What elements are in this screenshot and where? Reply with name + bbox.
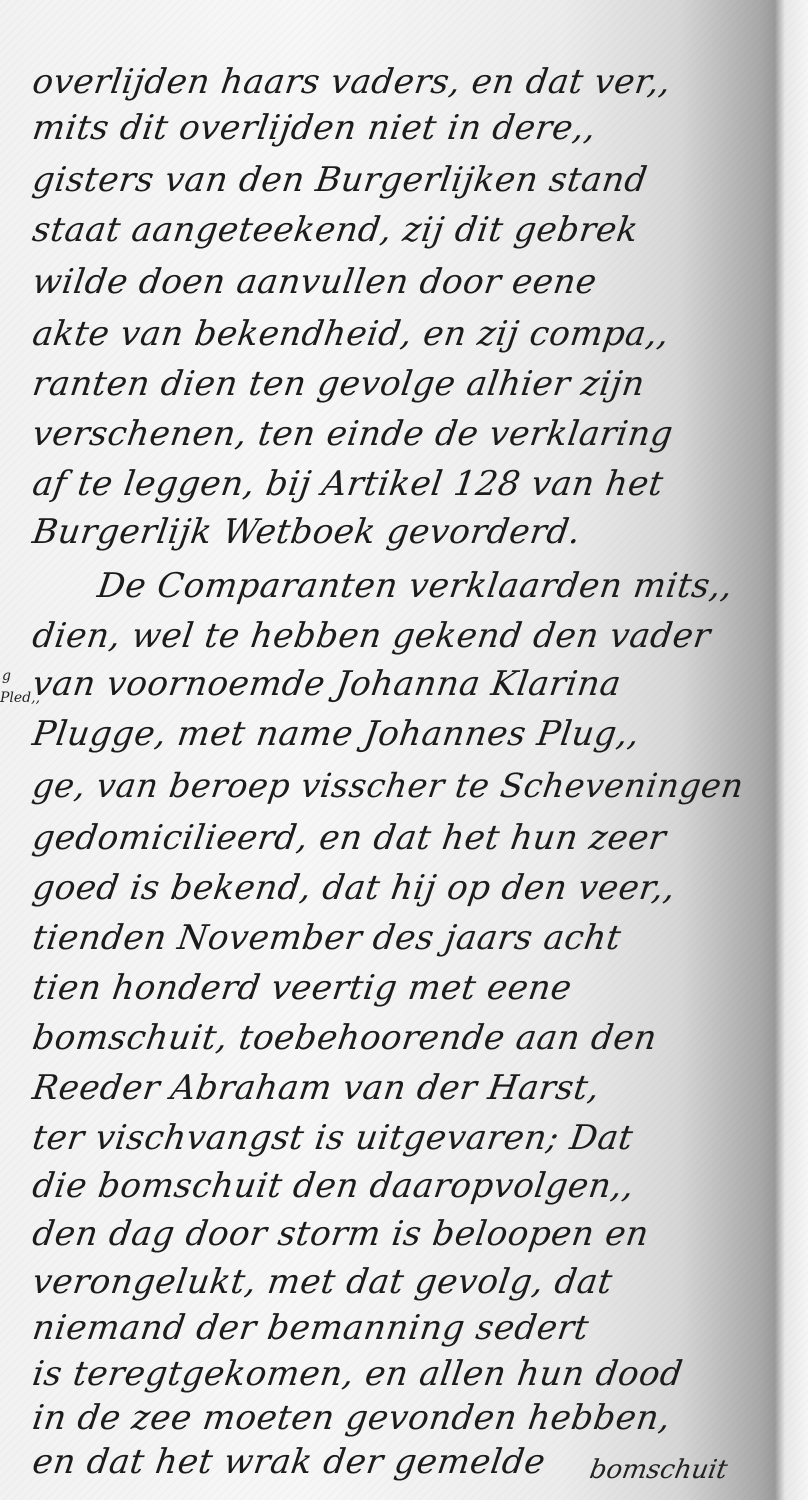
document-page: g Pled,, overlijden haars vaders, en dat… [0, 0, 808, 1500]
margin-note-1: g [2, 668, 11, 684]
text-line-10: Burgerlijk Wetboek gevorderd. [30, 512, 583, 552]
text-line-16: gedomicilieerd, en dat het hun zeer [30, 818, 669, 858]
text-line-17: goed is bekend, dat hij op den veer,, [30, 868, 678, 908]
text-line-15: ge, van beroep visscher te Scheveningen [30, 766, 746, 805]
text-line-23: die bomschuit den daaropvolgen,, [30, 1166, 637, 1206]
text-line-1: overlijden haars vaders, en dat ver,, [30, 62, 673, 102]
text-line-9: af te leggen, bij Artikel 128 van het [30, 464, 666, 504]
text-line-13: van voornoemde Johanna Klarina [30, 664, 624, 704]
text-line-29: en dat het wrak der gemelde [30, 1442, 548, 1482]
text-line-2: mits dit overlijden niet in dere,, [30, 108, 599, 148]
text-line-26: niemand der bemanning sedert [30, 1308, 591, 1348]
text-line-25: verongelukt, met dat gevolg, dat [30, 1262, 615, 1302]
text-line-22: ter vischvangst is uitgevaren; Dat [30, 1118, 636, 1158]
text-line-7: ranten dien ten gevolge alhier zijn [30, 364, 647, 404]
text-line-27: is teregtgekomen, en allen hun dood [30, 1354, 685, 1394]
text-line-28: in de zee moeten gevonden hebben, [30, 1398, 673, 1438]
catchword: bomschuit [587, 1455, 729, 1485]
text-line-12: dien, wel te hebben gekend den vader [30, 616, 713, 656]
text-line-6: akte van bekendheid, en zij compa,, [30, 314, 672, 354]
text-line-14: Plugge, met name Johannes Plug,, [30, 714, 642, 754]
text-line-18: tienden November des jaars acht [30, 918, 624, 958]
text-line-4: staat aangeteekend, zij dit gebrek [30, 210, 641, 250]
text-line-24: den dag door storm is beloopen en [30, 1214, 651, 1254]
text-line-20: bomschuit, toebehoorende aan den [30, 1018, 660, 1058]
text-line-5: wilde doen aanvullen door eene [30, 262, 599, 302]
text-line-8: verschenen, ten einde de verklaring [30, 414, 676, 454]
text-line-21: Reeder Abraham van der Harst, [30, 1068, 602, 1108]
text-line-3: gisters van den Burgerlijken stand [30, 160, 650, 200]
text-line-19: tien honderd veertig met eene [30, 968, 574, 1008]
text-line-11: De Comparanten verklaarden mits,, [95, 566, 735, 606]
